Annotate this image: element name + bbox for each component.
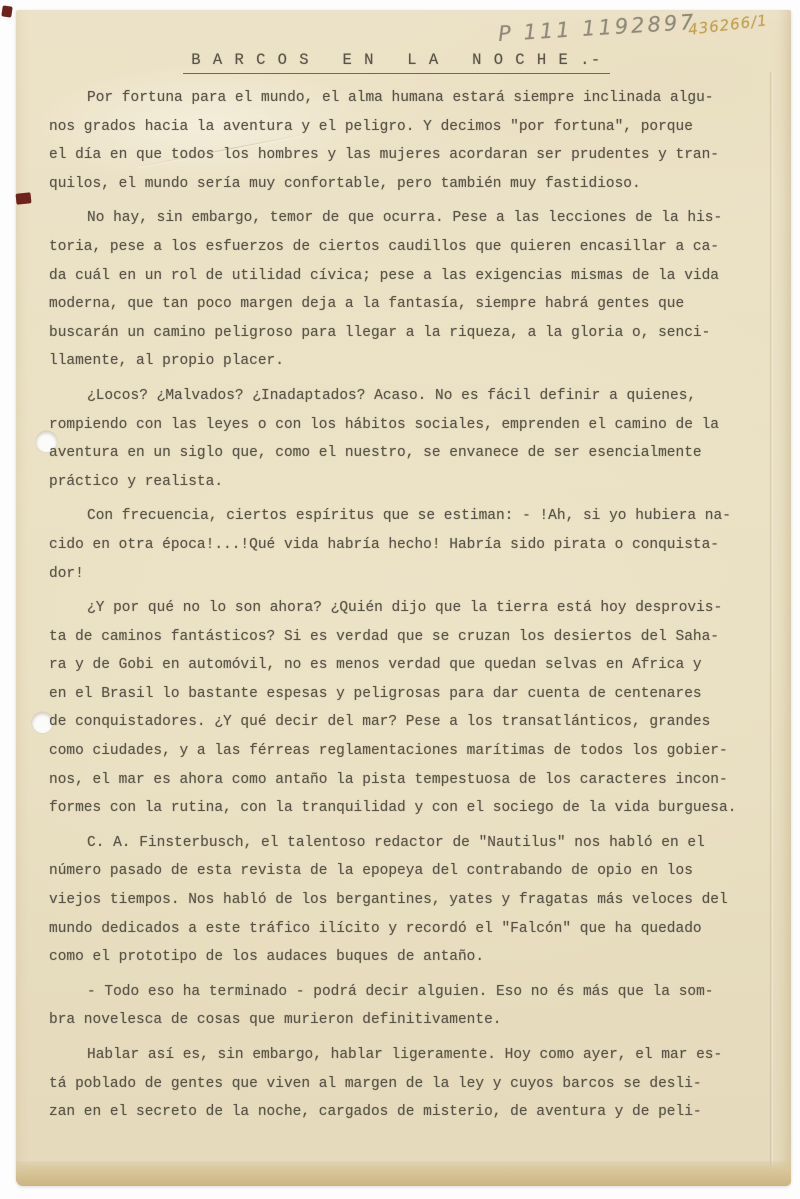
paragraph: No hay, sin embargo, temor de que ocurra…: [49, 204, 775, 376]
text-line: Hablar así es, sin embargo, hablar liger…: [49, 1041, 775, 1070]
document-body: Por fortuna para el mundo, el alma human…: [49, 84, 775, 1133]
text-line: llamente, al propio placer.: [49, 347, 775, 376]
text-line: dor!: [49, 560, 775, 589]
text-line: Por fortuna para el mundo, el alma human…: [49, 84, 775, 113]
text-line: como ciudades, y a las férreas reglament…: [49, 737, 775, 766]
text-line: bra novelesca de cosas que murieron defi…: [49, 1006, 775, 1035]
paper-bottom-edge: [16, 1161, 791, 1186]
text-line: toria, pese a los esfuerzos de ciertos c…: [49, 233, 775, 262]
scanned-document: P 111 1192897 436266/1 B A R C O S E N L…: [0, 0, 800, 1199]
text-line: ¿Y por qué no lo son ahora? ¿Quién dijo …: [49, 594, 775, 623]
text-line: Con frecuencia, ciertos espíritus que se…: [49, 502, 775, 531]
document-page: B A R C O S E N L A N O C H E .- Por for…: [16, 10, 791, 1186]
document-title-text: B A R C O S E N L A N O C H E .-: [183, 51, 609, 74]
text-line: cido en otra época!...!Qué vida habría h…: [49, 531, 775, 560]
text-line: práctico y realista.: [49, 468, 775, 497]
text-line: quilos, el mundo sería muy confortable, …: [49, 170, 775, 199]
text-line: - Todo eso ha terminado - podrá decir al…: [49, 978, 775, 1007]
text-line: nos grados hacia la aventura y el peligr…: [49, 113, 775, 142]
text-line: en el Brasil lo bastante espesas y pelig…: [49, 680, 775, 709]
paragraph: ¿Y por qué no lo son ahora? ¿Quién dijo …: [49, 594, 775, 823]
text-line: aventura en un siglo que, como el nuestr…: [49, 439, 775, 468]
text-line: de conquistadores. ¿Y qué decir del mar?…: [49, 708, 775, 737]
text-line: C. A. Finsterbusch, el talentoso redacto…: [49, 829, 775, 858]
document-title: B A R C O S E N L A N O C H E .-: [16, 51, 777, 74]
binder-mark: [1, 5, 12, 17]
text-line: mundo dedicados a este tráfico ilícito y…: [49, 915, 775, 944]
text-line: ¿Locos? ¿Malvados? ¿Inadaptados? Acaso. …: [49, 382, 775, 411]
text-line: número pasado de esta revista de la epop…: [49, 857, 775, 886]
text-line: como el prototipo de los audaces buques …: [49, 943, 775, 972]
paragraph: - Todo eso ha terminado - podrá decir al…: [49, 978, 775, 1035]
paragraph: Por fortuna para el mundo, el alma human…: [49, 84, 775, 198]
text-line: nos, el mar es ahora como antaño la pist…: [49, 766, 775, 795]
text-line: da cuál en un rol de utilidad cívica; pe…: [49, 262, 775, 291]
binder-mark: [15, 192, 31, 205]
text-line: el día en que todos los hombres y las mu…: [49, 141, 775, 170]
text-line: No hay, sin embargo, temor de que ocurra…: [49, 204, 775, 233]
paragraph: Hablar así es, sin embargo, hablar liger…: [49, 1041, 775, 1127]
text-line: formes con la rutina, con la tranquilida…: [49, 794, 775, 823]
text-line: ra y de Gobi en automóvil, no es menos v…: [49, 651, 775, 680]
text-line: buscarán un camino peligroso para llegar…: [49, 319, 775, 348]
paragraph: C. A. Finsterbusch, el talentoso redacto…: [49, 829, 775, 972]
text-line: tá poblado de gentes que viven al margen…: [49, 1070, 775, 1099]
text-line: ta de caminos fantásticos? Si es verdad …: [49, 623, 775, 652]
paragraph: Con frecuencia, ciertos espíritus que se…: [49, 502, 775, 588]
text-line: viejos tiempos. Nos habló de los bergant…: [49, 886, 775, 915]
paragraph: ¿Locos? ¿Malvados? ¿Inadaptados? Acaso. …: [49, 382, 775, 496]
text-line: zan en el secreto de la noche, cargados …: [49, 1098, 775, 1127]
text-line: moderna, que tan poco margen deja a la f…: [49, 290, 775, 319]
text-line: rompiendo con las leyes o con los hábito…: [49, 411, 775, 440]
